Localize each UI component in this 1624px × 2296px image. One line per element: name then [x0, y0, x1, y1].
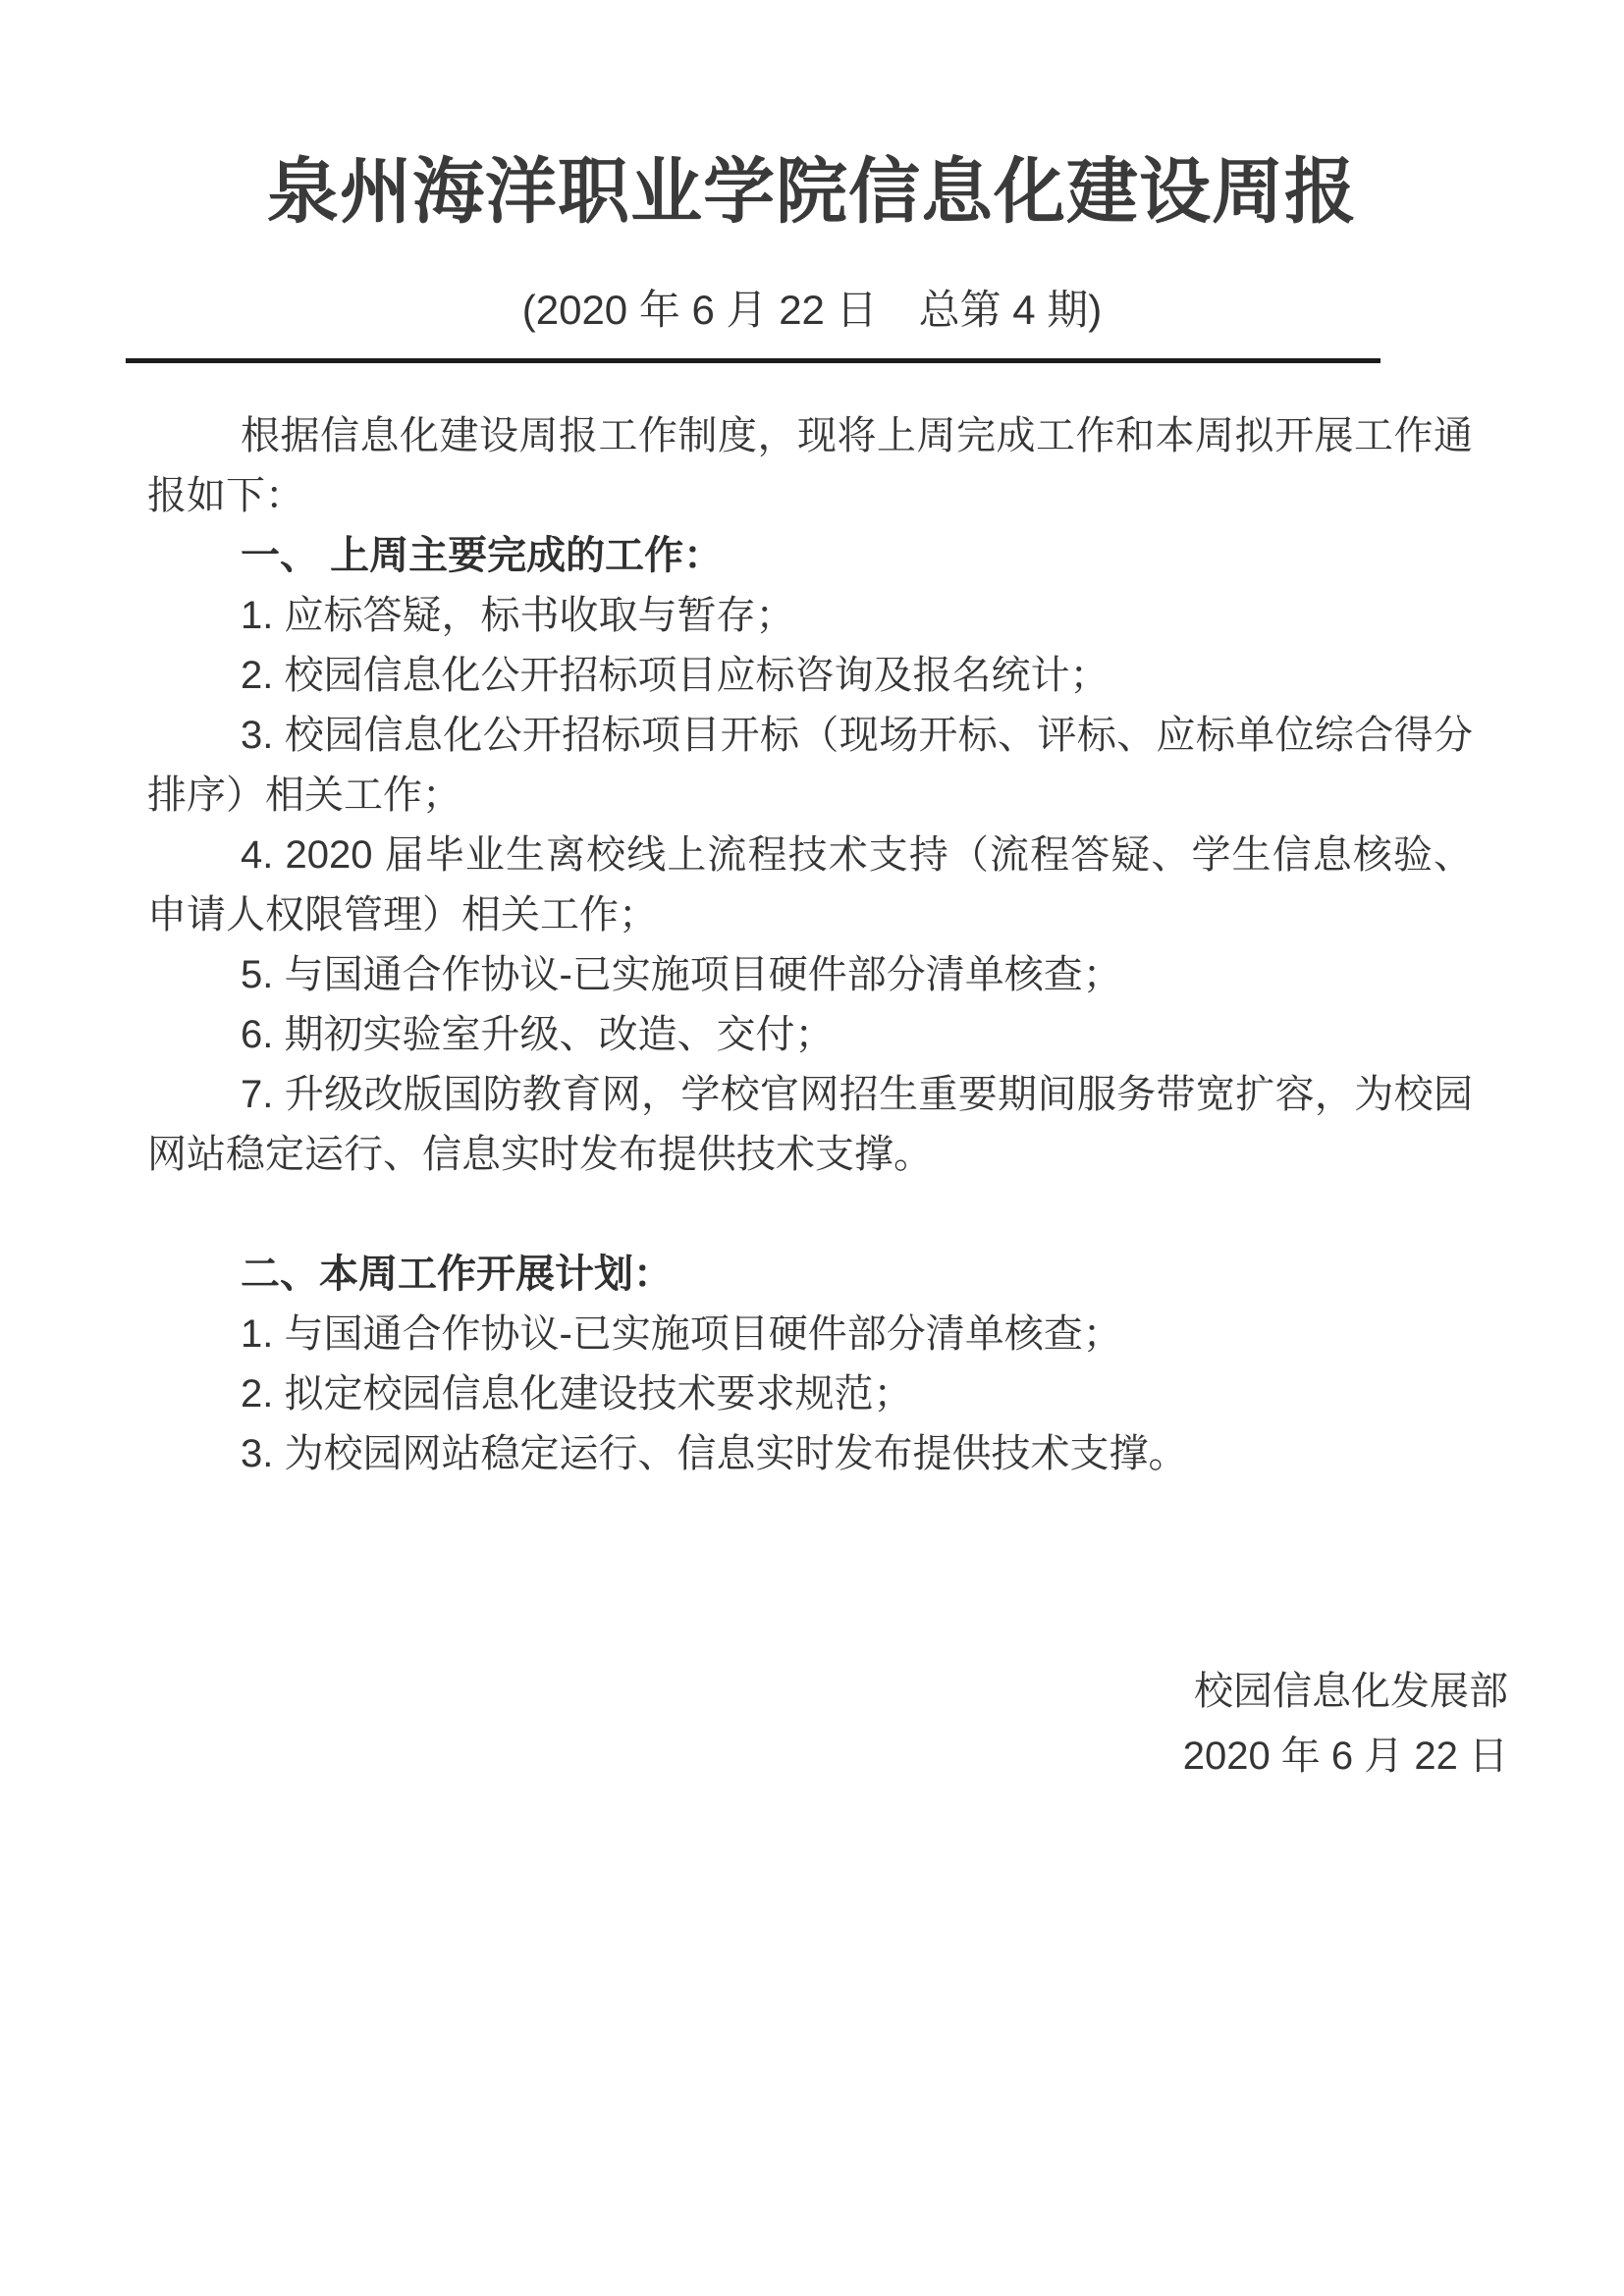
- signature-date: 2020 年 6 月 22 日: [0, 1724, 1508, 1789]
- section-2-item-2: 2. 拟定校园信息化建设技术要求规范；: [147, 1364, 1473, 1424]
- section-gap: [147, 1185, 1473, 1245]
- signature-block: 校园信息化发展部 2020 年 6 月 22 日: [0, 1659, 1624, 1789]
- section-2-heading: 二、本周工作开展计划：: [147, 1245, 1473, 1305]
- section-1-item-6: 6. 期初实验室升级、改造、交付；: [147, 1005, 1473, 1065]
- section-1-item-3: 3. 校园信息化公开招标项目开标（现场开标、评标、应标单位综合得分排序）相关工作…: [147, 706, 1473, 826]
- section-1-item-5: 5. 与国通合作协议-已实施项目硬件部分清单核查；: [147, 945, 1473, 1005]
- document-body: 根据信息化建设周报工作制度，现将上周完成工作和本周拟开展工作通报如下： 一、 上…: [147, 406, 1473, 1484]
- divider: [126, 358, 1380, 363]
- section-1-item-1: 1. 应标答疑，标书收取与暂存；: [147, 586, 1473, 646]
- intro-paragraph: 根据信息化建设周报工作制度，现将上周完成工作和本周拟开展工作通报如下：: [147, 406, 1473, 526]
- document-page: 泉州海洋职业学院信息化建设周报 (2020 年 6 月 22 日 总第 4 期)…: [0, 0, 1624, 2296]
- signature-department: 校园信息化发展部: [0, 1659, 1508, 1724]
- section-1-item-2: 2. 校园信息化公开招标项目应标咨询及报名统计；: [147, 646, 1473, 706]
- section-1-item-4: 4. 2020 届毕业生离校线上流程技术支持（流程答疑、学生信息核验、申请人权限…: [147, 826, 1473, 945]
- section-1-item-7: 7. 升级改版国防教育网，学校官网招生重要期间服务带宽扩容，为校园网站稳定运行、…: [147, 1065, 1473, 1185]
- section-2-item-1: 1. 与国通合作协议-已实施项目硬件部分清单核查；: [147, 1305, 1473, 1364]
- page-title: 泉州海洋职业学院信息化建设周报: [0, 0, 1624, 237]
- page-subtitle: (2020 年 6 月 22 日 总第 4 期): [0, 288, 1624, 333]
- section-1-heading: 一、 上周主要完成的工作：: [147, 526, 1473, 586]
- section-2-item-3: 3. 为校园网站稳定运行、信息实时发布提供技术支撑。: [147, 1424, 1473, 1484]
